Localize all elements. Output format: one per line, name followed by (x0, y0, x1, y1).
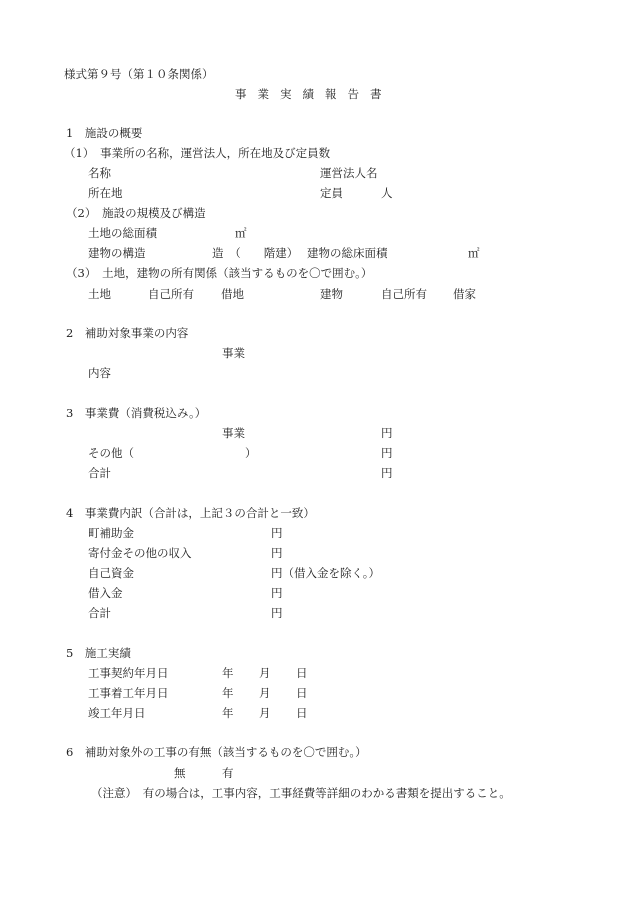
cost-row-unit: 円 (381, 426, 393, 440)
capacity-label: 定員 (320, 186, 343, 200)
address-label: 所在地 (88, 186, 123, 200)
section5-heading: 5 施工実績 (66, 646, 131, 660)
project-label: 事業 (222, 346, 245, 360)
section1-sub3-heading: （3） 土地，建物の所有関係（該当するものを〇で囲む。） (66, 266, 372, 280)
floor-area-unit: ㎡ (468, 246, 480, 260)
date-row-label: 竣工年月日 (88, 706, 146, 720)
month-unit: 月 (259, 706, 271, 720)
breakdown-row-unit: 円 (271, 526, 283, 540)
month-unit: 月 (259, 666, 271, 680)
month-unit: 月 (259, 686, 271, 700)
cost-row-label: その他（ (88, 446, 134, 460)
name-label: 名称 (88, 166, 111, 180)
building-option-own[interactable]: 自己所有 (381, 287, 427, 301)
year-unit: 年 (222, 666, 234, 680)
section1-sub2-heading: （2） 施設の規模及び構造 (66, 206, 206, 220)
cost-row-label: 合計 (88, 466, 111, 480)
day-unit: 日 (296, 666, 308, 680)
breakdown-row-unit: 円 (271, 606, 283, 620)
building-structure-label: 建物の構造 (88, 246, 146, 260)
breakdown-row-label: 自己資金 (88, 566, 134, 580)
land-area-label: 土地の総面積 (88, 226, 157, 240)
option-none[interactable]: 無 (174, 766, 186, 780)
note-text: （注意） 有の場合は，工事内容，工事経費等詳細のわかる書類を提出すること。 (91, 786, 511, 800)
option-exists[interactable]: 有 (222, 766, 234, 780)
operator-label: 運営法人名 (320, 166, 378, 180)
year-unit: 年 (222, 686, 234, 700)
content-label: 内容 (88, 366, 111, 380)
land-area-unit: ㎡ (235, 226, 247, 240)
section2-heading: 2 補助対象事業の内容 (66, 326, 188, 340)
day-unit: 日 (296, 686, 308, 700)
breakdown-row-label: 合計 (88, 606, 111, 620)
document-title: 事業実績報告書 (235, 87, 393, 101)
date-row-label: 工事着工年月日 (88, 686, 169, 700)
land-option-own[interactable]: 自己所有 (148, 287, 194, 301)
structure-suffix: 造 （ 階建） (212, 246, 298, 260)
land-option-lease[interactable]: 借地 (221, 287, 244, 301)
floor-area-label: 建物の総床面積 (307, 246, 388, 260)
date-row-label: 工事契約年月日 (88, 666, 169, 680)
breakdown-row-label: 町補助金 (88, 526, 134, 540)
breakdown-row-unit: 円（借入金を除く。） (271, 566, 380, 580)
section1-heading: 1 施設の概要 (66, 126, 142, 140)
year-unit: 年 (222, 706, 234, 720)
breakdown-row-label: 借入金 (88, 586, 123, 600)
breakdown-row-label: 寄付金その他の収入 (88, 546, 192, 560)
cost-row-unit: 円 (381, 466, 393, 480)
building-option-rent[interactable]: 借家 (453, 287, 476, 301)
capacity-unit: 人 (381, 186, 393, 200)
day-unit: 日 (296, 706, 308, 720)
cost-row-middle: 事業 (222, 426, 245, 440)
section4-heading: 4 事業費内訳（合計は，上記３の合計と一致） (66, 506, 315, 520)
breakdown-row-unit: 円 (271, 546, 283, 560)
cost-row-middle: ） (245, 446, 257, 460)
section1-sub1-heading: （1） 事業所の名称，運営法人，所在地及び定員数 (64, 146, 330, 160)
section6-heading: 6 補助対象外の工事の有無（該当するものを〇で囲む。） (66, 745, 367, 759)
form-number: 様式第９号（第１０条関係） (64, 67, 214, 81)
building-label: 建物 (320, 287, 343, 301)
cost-row-unit: 円 (381, 446, 393, 460)
breakdown-row-unit: 円 (271, 586, 283, 600)
land-label: 土地 (88, 287, 111, 301)
section3-heading: 3 事業費（消費税込み。） (66, 406, 206, 420)
